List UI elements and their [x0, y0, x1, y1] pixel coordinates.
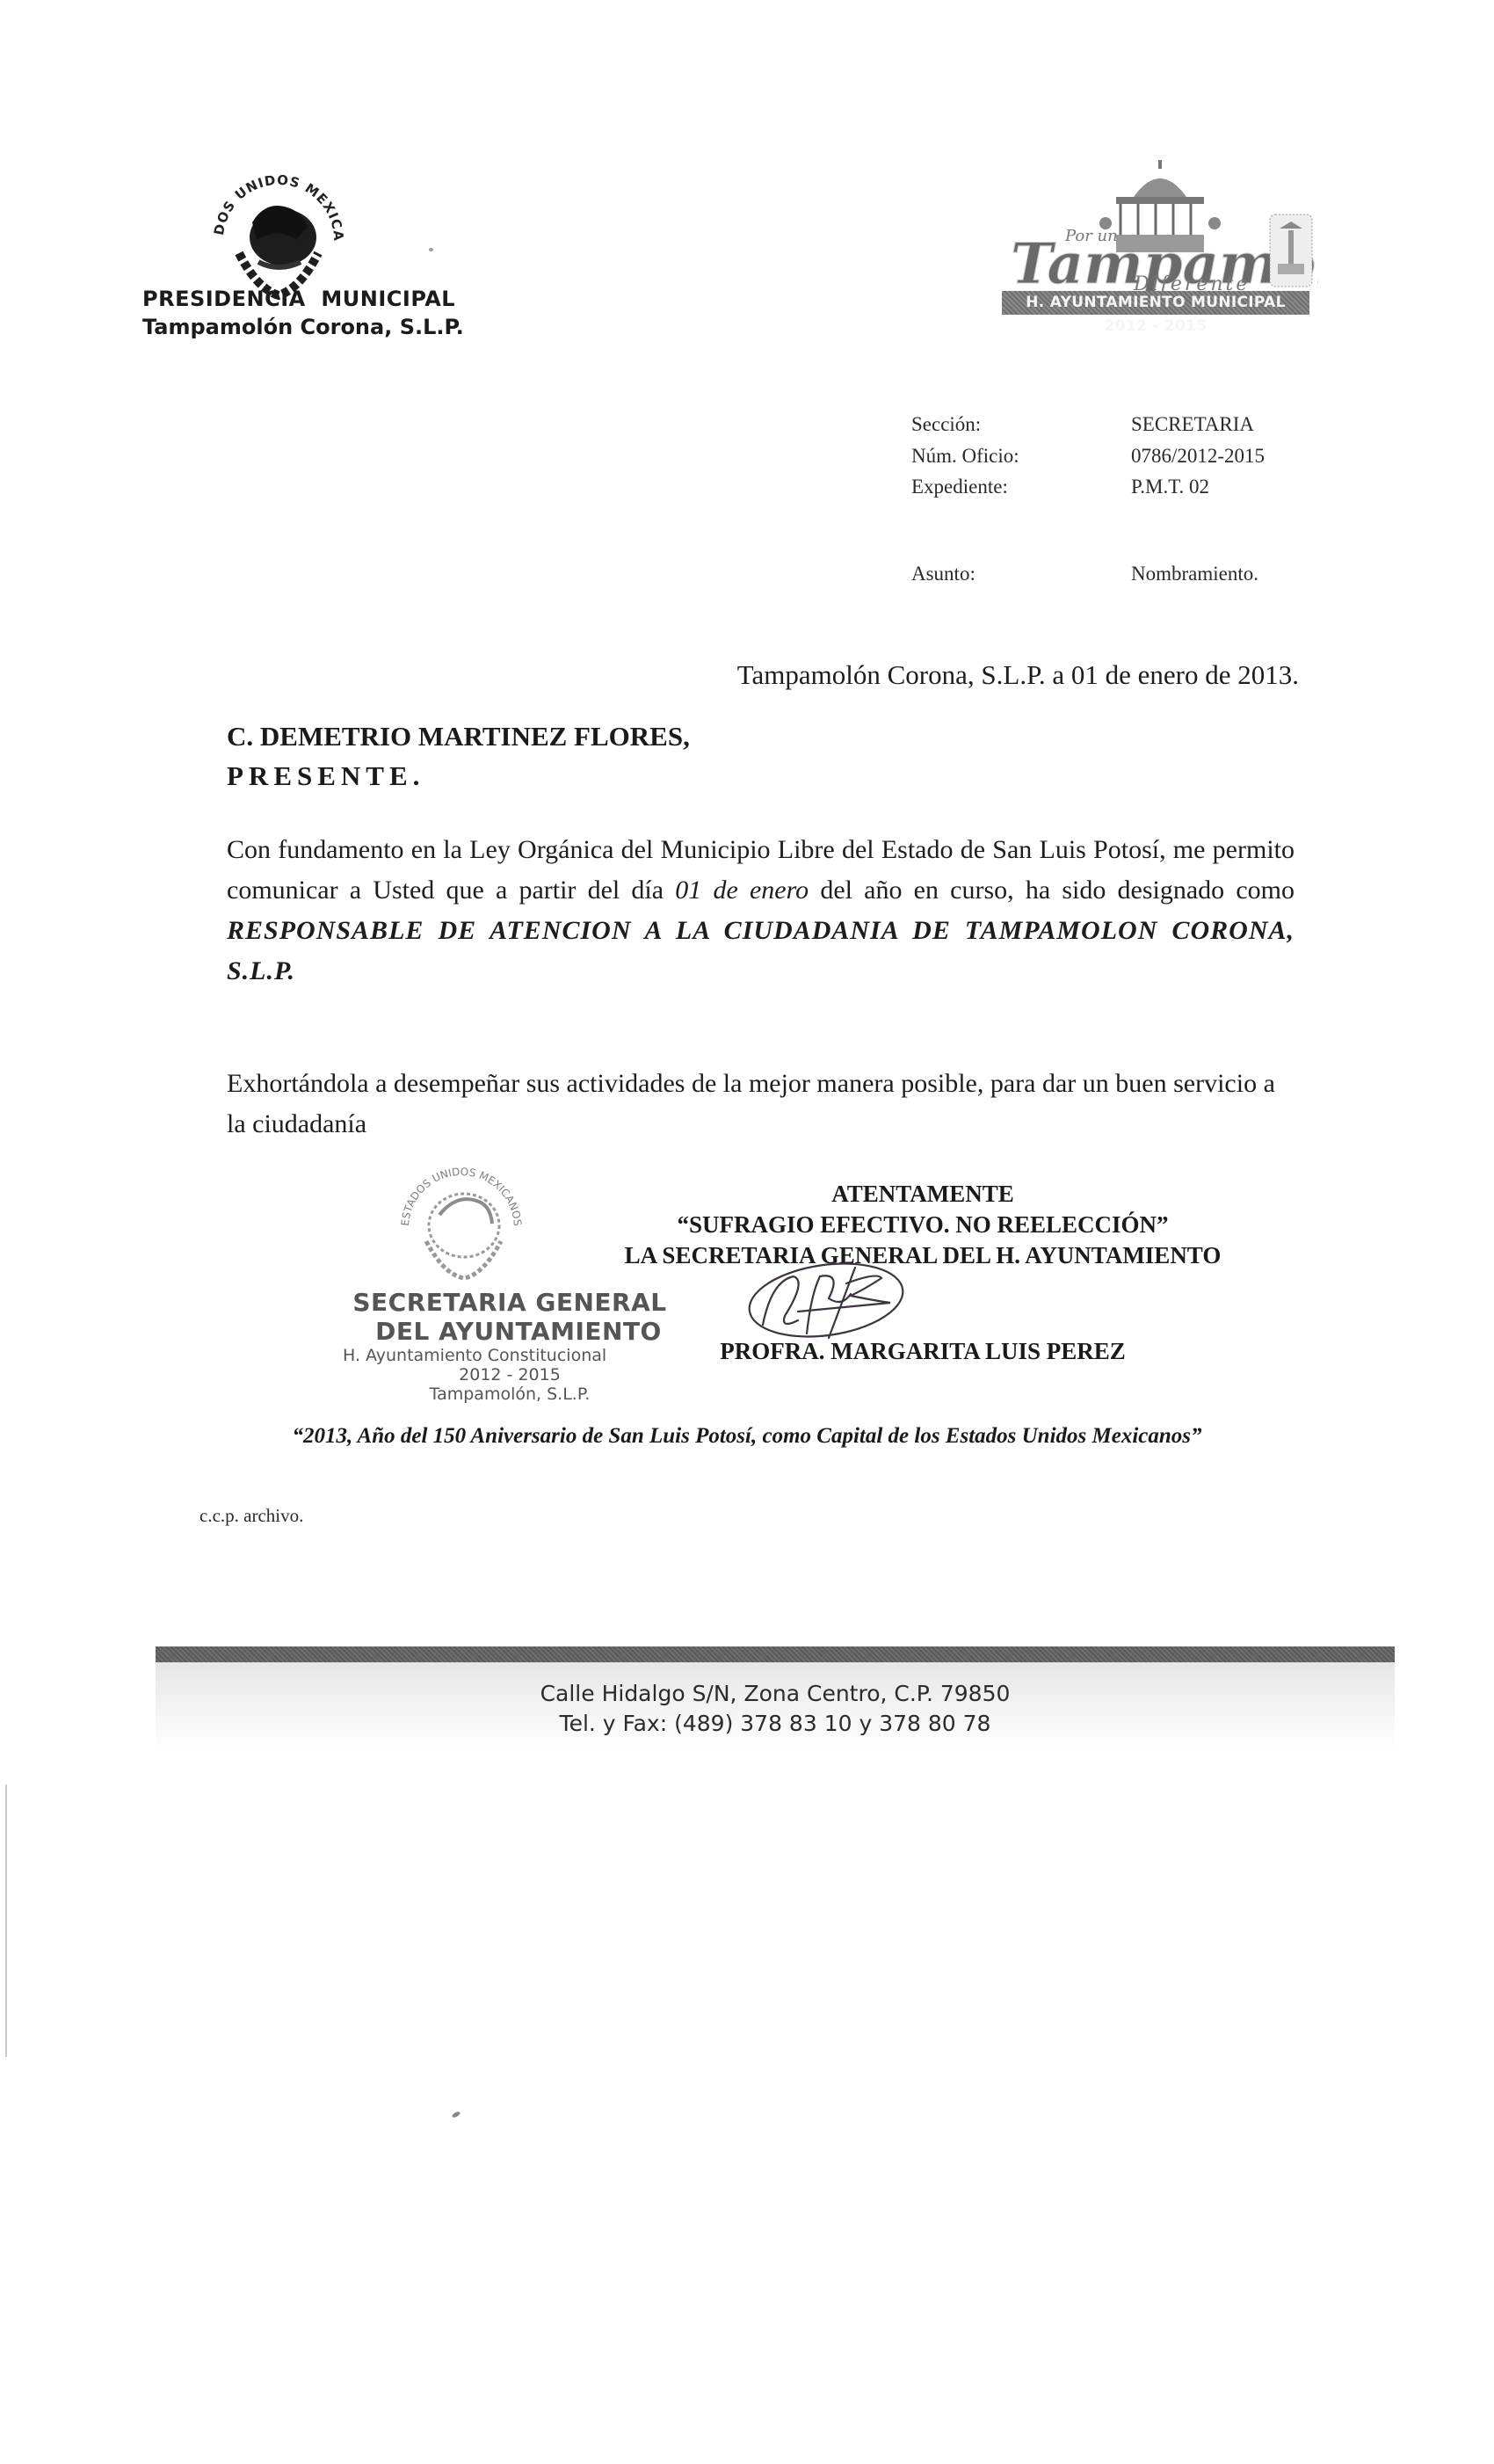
- meta-label-oficio: Núm. Oficio:: [911, 445, 1019, 468]
- footer-band: [156, 1662, 1395, 1750]
- meta-label-expediente: Expediente:: [911, 476, 1008, 498]
- mexican-coat-of-arms-icon: ESTADOS UNIDOS MEXICANOS: [204, 156, 353, 306]
- meta-value-section: SECRETARIA: [1131, 413, 1254, 436]
- addressee-presente: PRESENTE.: [227, 760, 424, 792]
- meta-value-subject: Nombramiento.: [1131, 563, 1258, 585]
- annual-motto: “2013, Año del 150 Aniversario de San Lu…: [176, 1424, 1318, 1449]
- appointed-role: RESPONSABLE DE ATENCION A LA CIUDADANIA …: [227, 916, 1295, 985]
- meta-label-subject: Asunto:: [911, 563, 975, 585]
- effective-date: 01 de enero: [675, 876, 809, 905]
- meta-value-expediente: P.M.T. 02: [1131, 476, 1209, 498]
- municipal-crest-icon: [1270, 214, 1312, 287]
- stamp-line: Tampamolón, S.L.P.: [352, 1385, 668, 1404]
- signer-name: PROFRA. MARGARITA LUIS PEREZ: [439, 1338, 1406, 1365]
- footer-divider-bar: [156, 1646, 1395, 1662]
- addressee-name: C. DEMETRIO MARTINEZ FLORES,: [227, 721, 690, 752]
- carbon-copy-note: c.c.p. archivo.: [199, 1505, 303, 1527]
- handwritten-signature-icon: [745, 1259, 908, 1342]
- footer-phone: Tel. y Fax: (489) 378 83 10 y 378 80 78: [156, 1711, 1395, 1736]
- office-title: PRESIDENCIA MUNICIPAL: [142, 287, 455, 311]
- scan-edge-artifact: [5, 1784, 7, 2057]
- logo-banner: H. AYUNTAMIENTO MUNICIPAL 2012 - 2015: [1002, 291, 1309, 315]
- body-paragraph-appointment: Con fundamento en la Ley Orgánica del Mu…: [227, 830, 1295, 992]
- meta-label-section: Sección:: [911, 413, 981, 436]
- svg-text:Por un: Por un: [1064, 227, 1118, 245]
- meta-value-oficio: 0786/2012-2015: [1131, 445, 1265, 468]
- closing-motto: “SUFRAGIO EFECTIVO. NO REELECCIÓN”: [439, 1211, 1406, 1239]
- body-text: del año en curso, ha sido designado como: [809, 876, 1295, 905]
- stamp-line: 2012 - 2015: [352, 1365, 668, 1385]
- footer-address: Calle Hidalgo S/N, Zona Centro, C.P. 798…: [156, 1681, 1395, 1706]
- closing-atentamente: ATENTAMENTE: [439, 1181, 1406, 1208]
- office-location: Tampamolón Corona, S.L.P.: [142, 315, 464, 339]
- date-line: Tampamolón Corona, S.L.P. a 01 de enero …: [737, 659, 1299, 691]
- stamp-line: SECRETARIA GENERAL: [352, 1288, 668, 1317]
- body-paragraph-exhortation: Exhortándola a desempeñar sus actividade…: [227, 1064, 1295, 1145]
- closing-title: LA SECRETARIA GENERAL DEL H. AYUNTAMIENT…: [439, 1242, 1406, 1269]
- scan-speck: [429, 248, 433, 251]
- scan-speck: [451, 2111, 461, 2119]
